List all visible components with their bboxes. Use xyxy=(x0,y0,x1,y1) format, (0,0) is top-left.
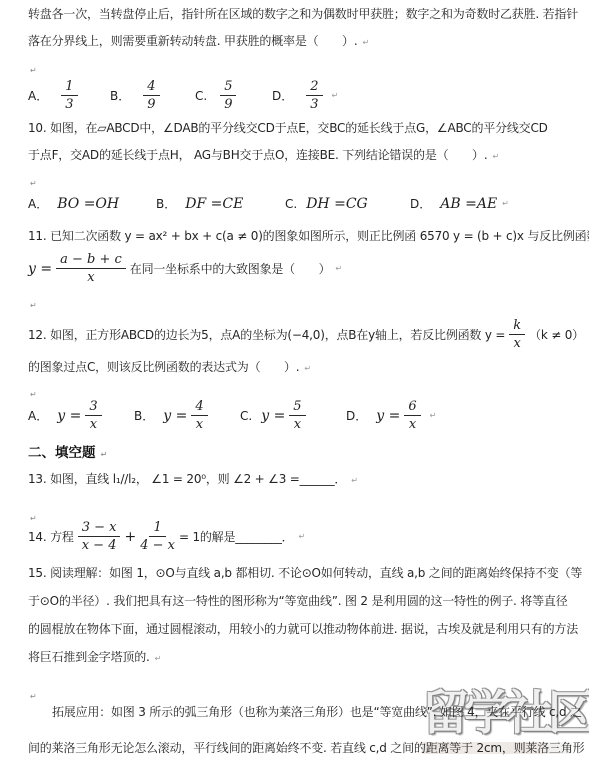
paragraph-mark: ↵ xyxy=(335,264,342,273)
q10-option-a-label: A． xyxy=(28,195,48,212)
section2-title: 二、填空题↵ xyxy=(28,441,107,461)
q13-line1: 13. 如图，直线 l₁//l₂， ∠1 = 20⁰，则 ∠2 + ∠3 =__… xyxy=(28,471,358,489)
q12-line1: 12. 如图，正方形ABCD的边长为5，点A的坐标为(−4,0)，点B在y轴上，… xyxy=(28,318,584,351)
paragraph-mark: ↵ xyxy=(492,152,499,161)
q9-option-c-label: C. xyxy=(195,89,207,103)
q12-options-row: A． y = 3x B． y = 4x C. y = 5x D． y = 6x … xyxy=(28,399,436,432)
exam-document-page: 留学社区 转盘各一次，当转盘停止后，指针所在区域的数字之和为偶数时甲获胜；数字之… xyxy=(0,0,589,771)
q15-line4: 将巨石推到金字塔顶的.↵ xyxy=(28,649,161,667)
fraction: 59 xyxy=(220,79,236,112)
q14-plus-sign: + xyxy=(124,529,136,545)
q12-line1-suffix: （k ≠ 0） xyxy=(529,327,584,343)
paragraph-mark: ↵ xyxy=(332,91,339,100)
q12-option-b-lead: y = xyxy=(163,408,187,424)
q10-option-b-label: B． xyxy=(156,195,176,212)
q12-option-a-label: A． xyxy=(28,407,48,424)
q10-option-d: D． AB =AE ↵ xyxy=(410,195,509,212)
q10-options-row: A． BO =OH B． DF =CE C. DH =CG D． AB =AE … xyxy=(28,195,509,212)
q10-option-a-value: BO =OH xyxy=(57,196,119,212)
empty-paragraph-mark: ↵ xyxy=(30,58,37,77)
fraction: 4x xyxy=(191,399,207,432)
fraction: 13 xyxy=(61,79,77,112)
fraction: a − b + cx xyxy=(56,252,126,285)
q9-option-a-label: A． xyxy=(28,87,48,104)
q9-options-row: A． 13 B． 49 C. 59 D． 23 ↵ xyxy=(28,79,338,112)
paragraph-mark: ↵ xyxy=(430,411,437,420)
q11-line2-suffix: 在同一坐标系中的大致图象是（ ） xyxy=(130,261,331,277)
q15-line2: 于⊙O的半径）. 我们把具有这一特性的图形称为“等宽曲线”. 图 2 是利用圆的… xyxy=(28,593,568,609)
q12-line2: 的图象过点C，则该反比例函数的表达式为（ ）.↵ xyxy=(28,359,311,377)
q15-line3: 的圆棍放在物体下面，通过圆棍滚动，用较小的力就可以推动物体前进. 据说，古埃及就… xyxy=(28,621,578,637)
q15-extension-line2: 间的莱洛三角形无论怎么滚动，平行线间的距离始终不变. 若直线 c,d 之间的距离… xyxy=(28,740,584,756)
q12-option-a-lead: y = xyxy=(57,408,81,424)
q11-line1: 11. 已知二次函数 y = ax² + bx + c(a ≠ 0)的图象如图所… xyxy=(28,228,589,244)
q12-option-d-label: D． xyxy=(346,407,367,424)
q12-option-c-lead: y = xyxy=(261,408,285,424)
q12-option-d: D． y = 6x ↵ xyxy=(346,399,436,432)
q10-option-c: C. DH =CG xyxy=(285,196,410,212)
q11-line2: y = a − b + cx 在同一坐标系中的大致图象是（ ） ↵ xyxy=(28,252,342,285)
q12-line1-prefix: 12. 如图，正方形ABCD的边长为5，点A的坐标为(−4,0)，点B在y轴上，… xyxy=(28,327,505,343)
q11-formula-lead: y = xyxy=(28,261,52,277)
paragraph-mark: ↵ xyxy=(502,199,509,208)
q10-line2-text: 于点F，交AD的延长线于点H， AG与BH交于点O，连接BE. 下列结论错误的是… xyxy=(28,148,487,162)
q9-option-a: A． 13 xyxy=(28,79,110,112)
q9-line2-text: 落在分界线上，则需要重新转动转盘. 甲获胜的概率是（ ）. xyxy=(28,34,357,48)
q15-line1: 15. 阅读理解：如图 1，⊙O与直线 a,b 都相切. 不论⊙O如何转动，直线… xyxy=(28,565,582,581)
q9-option-d-label: D． xyxy=(272,87,293,104)
fraction: kx xyxy=(509,318,525,351)
q15-extension-line1: 拓展应用：如图 3 所示的弧三角形（也称为莱洛三角形）也是“等宽曲线”. 如图 … xyxy=(28,704,582,720)
fraction: 5x xyxy=(289,399,305,432)
fraction: 3 − xx − 4 xyxy=(78,520,121,553)
paragraph-mark: ↵ xyxy=(362,38,369,47)
q9-option-b: B． 49 xyxy=(110,79,195,112)
q12-line2-text: 的图象过点C，则该反比例函数的表达式为（ ）. xyxy=(28,360,299,374)
q12-option-d-lead: y = xyxy=(376,408,400,424)
fraction: 14 − x xyxy=(140,520,175,553)
q9-line2: 落在分界线上，则需要重新转动转盘. 甲获胜的概率是（ ）.↵ xyxy=(28,33,369,51)
fraction: 3x xyxy=(85,399,101,432)
fraction: 49 xyxy=(143,79,159,112)
paragraph-mark: ↵ xyxy=(298,532,305,541)
fraction: 23 xyxy=(306,79,322,112)
q10-option-c-value: DH =CG xyxy=(306,196,368,212)
fraction: 6x xyxy=(404,399,420,432)
empty-paragraph-mark: ↵ xyxy=(30,293,37,312)
paragraph-mark: ↵ xyxy=(155,654,162,663)
q10-option-b-value: DF =CE xyxy=(185,196,243,212)
q9-option-b-label: B． xyxy=(110,87,130,104)
q14-line1: 14. 方程 3 − xx − 4 + 14 − x = 1的解是_______… xyxy=(28,520,305,553)
q14-tail: = 1的解是________． xyxy=(179,529,294,545)
q14-lead: 14. 方程 xyxy=(28,529,74,545)
q12-option-b-label: B． xyxy=(134,407,154,424)
q12-option-a: A． y = 3x xyxy=(28,399,134,432)
q9-line1: 转盘各一次，当转盘停止后，指针所在区域的数字之和为偶数时甲获胜；数字之和为奇数时… xyxy=(28,6,578,22)
q10-line2: 于点F，交AD的延长线于点H， AG与BH交于点O，连接BE. 下列结论错误的是… xyxy=(28,147,499,165)
q10-option-a: A． BO =OH xyxy=(28,195,156,212)
q15-line4-text: 将巨石推到金字塔顶的. xyxy=(28,650,150,664)
q10-option-c-label: C. xyxy=(285,197,297,211)
empty-paragraph-mark: ↵ xyxy=(30,171,37,190)
paragraph-mark: ↵ xyxy=(351,476,358,485)
q12-option-c: C. y = 5x xyxy=(240,399,346,432)
q10-line1: 10. 如图，在▱ABCD中，∠DAB的平分线交CD于点E，交BC的延长线于点G… xyxy=(28,120,548,136)
q10-option-d-value: AB =AE xyxy=(440,196,497,212)
q9-option-c: C. 59 xyxy=(195,79,272,112)
q12-option-b: B． y = 4x xyxy=(134,399,240,432)
q13-text: 13. 如图，直线 l₁//l₂， ∠1 = 20⁰，则 ∠2 + ∠3 =__… xyxy=(28,472,346,486)
q10-option-b: B． DF =CE xyxy=(156,195,285,212)
paragraph-mark: ↵ xyxy=(304,364,311,373)
q10-option-d-label: D． xyxy=(410,195,431,212)
empty-paragraph-mark: ↵ xyxy=(30,684,37,703)
paragraph-mark: ↵ xyxy=(101,450,108,459)
q12-option-c-label: C. xyxy=(240,409,252,423)
q9-option-d: D． 23 ↵ xyxy=(272,79,338,112)
